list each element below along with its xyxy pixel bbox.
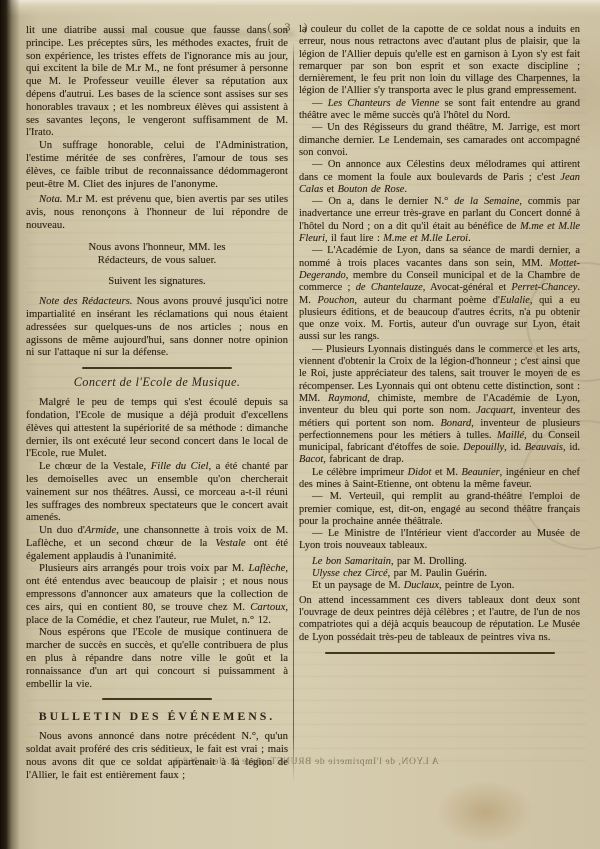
italic-text: Maillé xyxy=(497,430,524,441)
paragraph: — Un des Régisseurs du grand théâtre, M.… xyxy=(299,122,580,159)
body-text: . xyxy=(468,233,471,244)
italic-text: Depouilly xyxy=(463,442,504,453)
body-text: Malgré le peu de temps qui s'est écoulé … xyxy=(26,396,288,459)
italic-text: Les Chanteurs de Vienne xyxy=(328,98,440,109)
italic-text: Le bon Samaritain xyxy=(312,556,391,567)
body-text: — Un des Régisseurs du grand théâtre, M.… xyxy=(299,122,580,158)
body-text: . xyxy=(404,184,407,195)
right-column: la couleur du collet de la capotte de ce… xyxy=(299,24,580,782)
paragraph: Nota. M.r M. est prévenu que, bien avert… xyxy=(26,193,288,231)
paragraph: Et un paysage de M. Duclaux, peintre de … xyxy=(299,580,580,592)
paragraph: — On a, dans le dernier N.° de la Semain… xyxy=(299,196,580,245)
italic-text: Fille du Ciel xyxy=(151,460,209,472)
body-text: Et un paysage de M. xyxy=(312,580,404,591)
italic-text: Duclaux xyxy=(404,580,439,591)
body-text: Nous avons annoncé dans notre précédent … xyxy=(26,730,288,780)
italic-text: Raymond xyxy=(328,393,367,404)
body-text: lit une diatribe aussi mal cousue que fa… xyxy=(26,24,288,138)
body-text: et xyxy=(323,184,337,195)
italic-text: Nota. xyxy=(39,193,62,205)
italic-text: Pouchon xyxy=(317,295,354,306)
body-text: , peintre de Lyon. xyxy=(439,580,514,591)
italic-text: Cartoux xyxy=(250,601,285,613)
paragraph: — On annonce aux Célestins deux mélodram… xyxy=(299,159,580,196)
paragraph: Nous espérons que l'Ecole de musique con… xyxy=(26,626,288,690)
body-text: , id. xyxy=(504,442,525,453)
body-text: On attend incessamment ces divers tablea… xyxy=(299,595,580,643)
body-text: — On a, dans le dernier N.° xyxy=(312,196,454,207)
paragraph: Le chœur de la Vestale, Fille du Ciel, a… xyxy=(26,460,288,524)
paragraph: Suivent les signatures. xyxy=(26,275,288,288)
body-text: — On annonce aux Célestins deux mélodram… xyxy=(299,159,580,182)
section-heading: Concert de l'Ecole de Musique. xyxy=(26,375,288,390)
body-text: Le chœur de la Vestale, xyxy=(39,460,151,472)
italic-text: Beauvais xyxy=(525,442,563,453)
body-text: — M. Verteuil, qui remplit au grand-théâ… xyxy=(299,491,580,527)
body-text: , Avocat-général et xyxy=(423,282,512,293)
body-text: , par M. Paulin Guérin. xyxy=(388,568,487,579)
italic-text: Laflèche xyxy=(249,562,286,574)
body-text: la couleur du collet de la capotte de ce… xyxy=(299,24,580,96)
italic-text: Armide xyxy=(85,524,116,536)
body-text: Nous avons l'honneur, MM. les Rédacteurs… xyxy=(88,241,225,266)
body-text: , il faut lire : xyxy=(325,233,383,244)
body-text: Plusieurs airs arrangés pour trois voix … xyxy=(39,562,249,574)
body-text: , par M. Drolling. xyxy=(391,556,467,567)
paragraph: Le bon Samaritain, par M. Drolling. xyxy=(299,556,580,568)
paragraph: — M. Verteuil, qui remplit au grand-théâ… xyxy=(299,491,580,528)
paragraph: Un suffrage honorable, celui de l'Admini… xyxy=(26,139,288,190)
body-text: Suivent les signatures. xyxy=(108,275,205,287)
body-text: Un suffrage honorable, celui de l'Admini… xyxy=(26,139,288,189)
paragraph: lit une diatribe aussi mal cousue que fa… xyxy=(26,24,288,139)
italic-text: Bouton de Rose xyxy=(338,184,405,195)
page-content: lit une diatribe aussi mal cousue que fa… xyxy=(26,24,580,782)
section-divider-rule xyxy=(325,652,555,654)
paragraph: On attend incessamment ces divers tablea… xyxy=(299,595,580,644)
italic-text: Beaunier xyxy=(462,467,500,478)
body-text: Nous espérons que l'Ecole de musique con… xyxy=(26,626,288,689)
italic-text: Didot xyxy=(408,467,432,478)
section-divider-rule xyxy=(102,698,212,700)
italic-text: de la Semaine xyxy=(454,196,519,207)
column-divider-rule xyxy=(293,42,294,782)
paragraph: — Plusieurs Lyonnais distingués dans le … xyxy=(299,344,580,467)
body-text: — xyxy=(312,98,328,109)
body-text: M.r M. est prévenu que, bien avertis par… xyxy=(26,193,288,231)
italic-text: Ulysse chez Circé xyxy=(312,568,388,579)
body-text: — L'Académie de Lyon, dans sa séance de … xyxy=(299,245,580,268)
body-text: , auteur du charmant poème d' xyxy=(354,295,499,306)
italic-text: Bonard xyxy=(440,418,471,429)
body-text: Un duo d' xyxy=(39,524,85,536)
body-text: Le célèbre imprimeur xyxy=(312,467,408,478)
left-column: lit une diatribe aussi mal cousue que fa… xyxy=(26,24,288,782)
body-text: et M. xyxy=(431,467,461,478)
gutter-shadow xyxy=(0,0,20,849)
newspaper-page: ( 3 ) lit une diatribe aussi mal cousue … xyxy=(0,0,600,849)
paragraph: — L'Académie de Lyon, dans sa séance de … xyxy=(299,245,580,343)
paragraph: Malgré le peu de temps qui s'est écoulé … xyxy=(26,396,288,460)
printer-imprint-mirrored: A LYON, de l'Imprimerie de BRUNET, place… xyxy=(70,757,540,767)
italic-text: M.me et M.lle Leroi xyxy=(383,233,468,244)
italic-text: Eulalie xyxy=(500,295,530,306)
paragraph: Ulysse chez Circé, par M. Paulin Guérin. xyxy=(299,568,580,580)
italic-text: Bacot xyxy=(299,454,323,465)
body-text: , id. xyxy=(563,442,580,453)
paragraph: Note des Rédacteurs. Nous avons prouvé j… xyxy=(26,295,288,359)
body-text: — Le Ministre de l'Intérieur vient d'acc… xyxy=(299,528,580,551)
italic-text: Vestale xyxy=(215,537,245,549)
italic-text: Jacquart xyxy=(476,405,513,416)
paragraph: — Le Ministre de l'Intérieur vient d'acc… xyxy=(299,528,580,553)
paragraph: Nous avons l'honneur, MM. les Rédacteurs… xyxy=(26,241,288,267)
paragraph: Un duo d'Armide, une chansonnette à troi… xyxy=(26,524,288,562)
paragraph: Plusieurs airs arrangés pour trois voix … xyxy=(26,562,288,626)
paragraph: Le célèbre imprimeur Didot et M. Beaunie… xyxy=(299,467,580,492)
italic-text: Perret-Chancey xyxy=(511,282,577,293)
italic-text: de Chantelauze xyxy=(356,282,423,293)
section-divider-rule xyxy=(82,367,232,369)
paragraph: la couleur du collet de la capotte de ce… xyxy=(299,24,580,98)
section-heading: BULLETIN DES ÉVÉNEMENS. xyxy=(26,709,288,724)
paragraph: — Les Chanteurs de Vienne se sont fait e… xyxy=(299,98,580,123)
body-text: , fabricant de drap. xyxy=(323,454,404,465)
italic-text: Note des Rédacteurs. xyxy=(39,295,132,307)
